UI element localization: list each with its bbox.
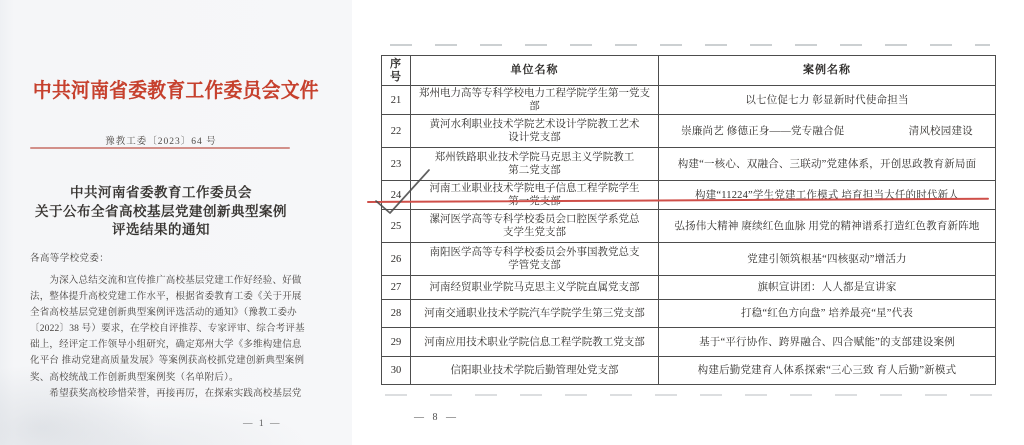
row-no: 29 [382,328,411,357]
row-no: 22 [382,115,411,148]
table-row-25: 25 漯河医学高等专科学校委员会口腔医学系党总 支学生党支部 弘扬伟大精神 赓续… [382,210,996,243]
table-row-23: 23 郑州铁路职业技术学院马克思主义学院教工 第二党支部 构建“一核心、双融合、… [382,148,996,181]
row-unit: 郑州铁路职业技术学院马克思主义学院教工 第二党支部 [411,148,659,181]
row-case: 打稳“红色方向盘” 培养最亮“星”代表 [659,300,996,328]
scan-artifact-line-bottom [385,394,1005,396]
row-unit: 黄河水利职业技术学院艺术设计学院教工艺术 设计党支部 [411,115,659,148]
row-unit: 河南应用技术职业学院信息工程学院教工党支部 [411,328,659,357]
row-unit: 河南经贸职业学院马克思主义学院直属党支部 [411,276,659,300]
row-case: 党建引领筑根基“四核驱动”增活力 [659,243,996,276]
row-unit: 信阳职业技术学院后勤管理处党支部 [411,357,659,385]
row-unit: 郑州电力高等专科学校电力工程学院学生第一党支部 [411,86,659,115]
table-row-21: 21 郑州电力高等专科学校电力工程学院学生第一党支部 以七位促七力 彰显新时代使… [382,86,996,115]
col-header-case: 案例名称 [659,56,996,86]
table-header-row: 序号 单位名称 案例名称 [382,56,996,86]
row-case: 崇廉尚艺 修德正身——党专融合促 清风校园建设 [659,115,996,148]
col-header-no: 序号 [382,56,411,86]
row-unit: 南阳医学高等专科学校委员会外事国教党总支 学管党支部 [411,243,659,276]
row-no: 27 [382,276,411,300]
red-letterhead-title: 中共河南省委教育工作委员会文件 [12,74,339,103]
row-no: 28 [382,300,411,328]
row-case: 基于“平行协作、跨界融合、四合赋能”的支部建设案例 [659,328,996,357]
scan-artifact-line-top [390,44,990,46]
scanned-document-spread: 中共河南省委教育工作委员会文件 豫教工委〔2023〕64 号 中共河南省委教育工… [0,0,1024,445]
row-unit: 河南工业职业技术学院电子信息工程学院学生 第一党支部 [411,181,659,210]
table-row-24: 24 河南工业职业技术学院电子信息工程学院学生 第一党支部 构建“11224”学… [382,181,996,210]
handwritten-checkmark-icon [373,165,435,219]
row-no: 21 [382,86,411,115]
row-case: 构建“一核心、双融合、三联动”党建体系，开创思政教育新局面 [659,148,996,181]
table-row-29: 29 河南应用技术职业学院信息工程学院教工党支部 基于“平行协作、跨界融合、四合… [382,328,996,357]
notice-page-1: 中共河南省委教育工作委员会文件 豫教工委〔2023〕64 号 中共河南省委教育工… [0,0,352,445]
row-case: 构建后勤党建育人体系探索“三心三致 育人后勤”新模式 [659,357,996,385]
row-unit: 河南交通职业技术学院汽车学院学生第三党支部 [411,300,659,328]
page-number-1: — 1 — [243,419,282,429]
col-header-unit: 单位名称 [411,56,659,86]
row-no: 30 [382,357,411,385]
row-case: 旗帜宣讲团：人人都是宣讲家 [659,276,996,300]
row-case: 以七位促七力 彰显新时代使命担当 [659,86,996,115]
notice-body: 为深入总结交流和宣传推广高校基层党建工作好经验、好做 法，整体提升高校党建工作水… [30,273,296,402]
page-number-8: — 8 — [414,412,459,423]
table-row-30: 30 信阳职业技术学院后勤管理处党支部 构建后勤党建育人体系探索“三心三致 育人… [382,357,996,385]
red-divider-line [30,147,290,149]
award-cases-table: 序号 单位名称 案例名称 21 郑州电力高等专科学校电力工程学院学生第一党支部 … [381,55,996,385]
table-row-27: 27 河南经贸职业学院马克思主义学院直属党支部 旗帜宣讲团：人人都是宣讲家 [382,276,996,300]
table-row-26: 26 南阳医学高等专科学校委员会外事国教党总支 学管党支部 党建引领筑根基“四核… [382,243,996,276]
row-unit: 漯河医学高等专科学校委员会口腔医学系党总 支学生党支部 [411,210,659,243]
notice-title: 中共河南省委教育工作委员会 关于公布全省高校基层党建创新典型案例 评选结果的通知 [0,184,322,240]
row-case: 构建“11224”学生党建工作模式 培育担当大任的时代新人 [659,181,996,210]
row-case: 弘扬伟大精神 赓续红色血脉 用党的精神谱系打造红色教育新阵地 [659,210,996,243]
table-row-28: 28 河南交通职业技术学院汽车学院学生第三党支部 打稳“红色方向盘” 培养最亮“… [382,300,996,328]
row-no: 26 [382,243,411,276]
salutation: 各高等学校党委： [30,250,109,264]
document-number: 豫教工委〔2023〕64 号 [0,133,322,147]
table-row-22: 22 黄河水利职业技术学院艺术设计学院教工艺术 设计党支部 崇廉尚艺 修德正身—… [382,115,996,148]
